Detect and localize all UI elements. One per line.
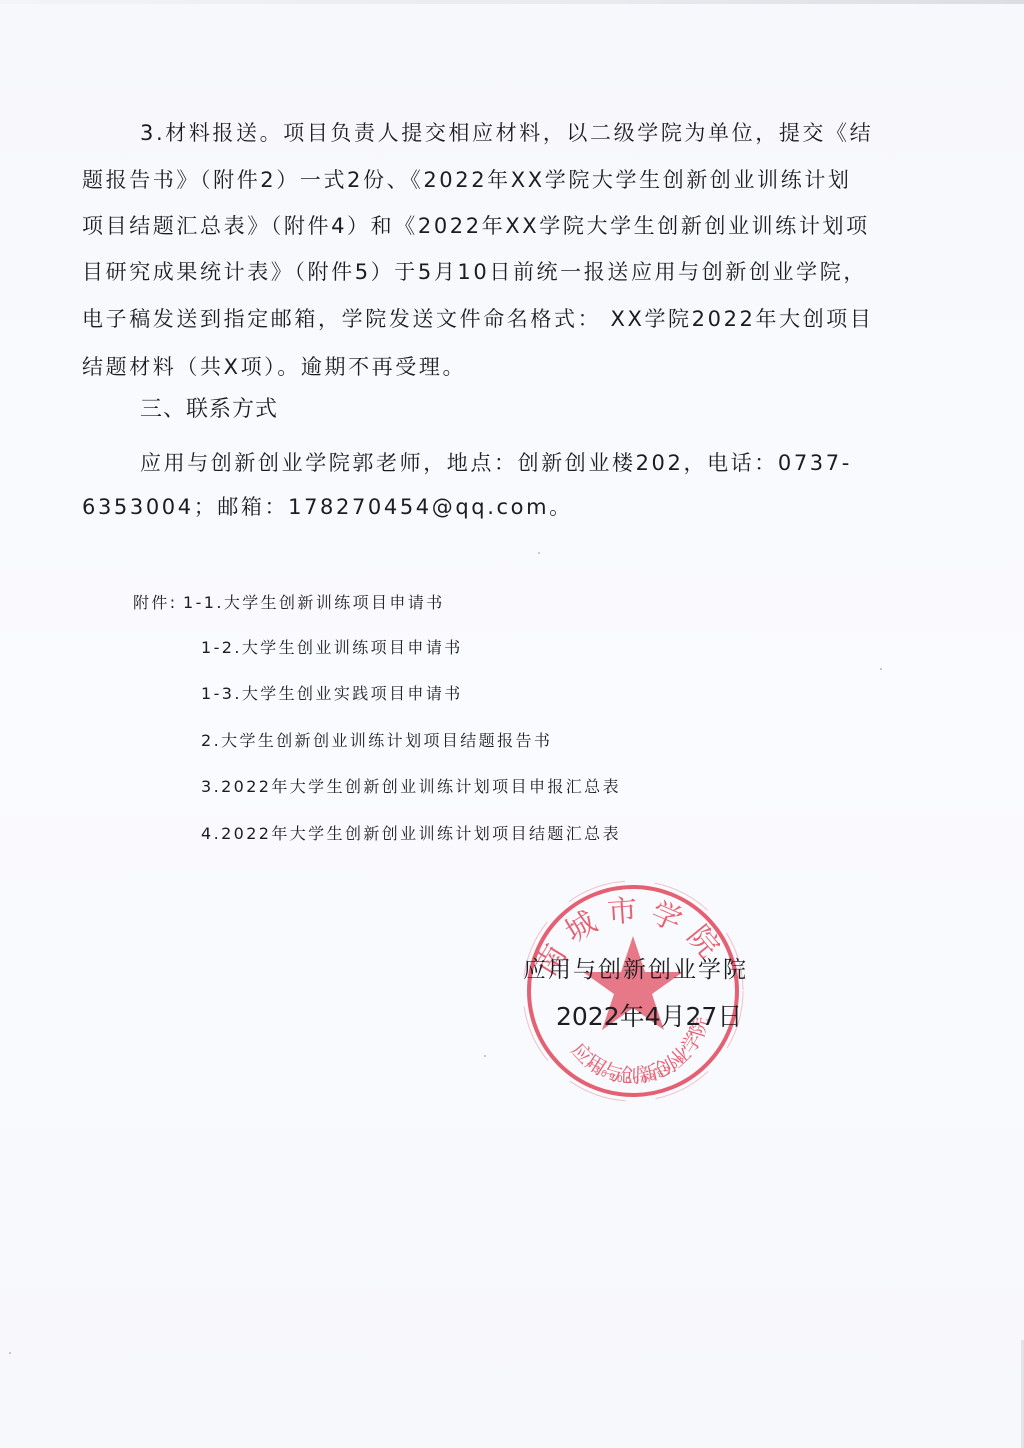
section-heading-contact: 三、联系方式 [140, 396, 278, 424]
attachments-label: 附件: [133, 592, 178, 614]
official-seal-stamp: 南城市学院 应用与创新创业学院 4309000088903 [520, 878, 746, 1104]
attachment-item-2: 2.大学生创新创业训练计划项目结题报告书 [201, 730, 552, 752]
paragraph-line-5: 电子稿发送到指定邮箱，学院发送文件命名格式： XX学院2022年大创项目 [82, 305, 874, 333]
contact-line-2: 6353004；邮箱：178270454@qq.com。 [82, 493, 573, 521]
scan-speck [484, 1055, 486, 1057]
document-page: 3.材料报送。项目负责人提交相应材料，以二级学院为单位，提交《结 题报告书》（附… [0, 0, 1024, 1448]
signature-organization: 应用与创新创业学院 [523, 955, 748, 985]
paragraph-line-2: 题报告书》（附件2）一式2份、《2022年XX学院大学生创新创业训练计划 [82, 166, 852, 194]
attachment-item-4: 4.2022年大学生创新创业训练计划项目结题汇总表 [201, 823, 621, 845]
scan-speck [880, 668, 882, 670]
paragraph-line-6: 结题材料（共X项）。逾期不再受理。 [82, 353, 466, 381]
contact-line-1: 应用与创新创业学院郭老师，地点：创新创业楼202，电话：0737- [140, 449, 852, 477]
paragraph-line-3: 项目结题汇总表》（附件4）和《2022年XX学院大学生创新创业训练计划项 [82, 212, 870, 240]
attachment-item-1-3: 1-3.大学生创业实践项目申请书 [201, 683, 463, 705]
scan-speck [9, 1352, 11, 1354]
scan-top-edge [0, 0, 1024, 4]
scan-speck [538, 552, 540, 554]
paragraph-line-1: 3.材料报送。项目负责人提交相应材料，以二级学院为单位，提交《结 [140, 119, 873, 147]
attachment-item-3: 3.2022年大学生创新创业训练计划项目申报汇总表 [201, 776, 621, 798]
signature-date: 2022年4月27日 [556, 1002, 742, 1032]
attachment-item-1-2: 1-2.大学生创业训练项目申请书 [201, 637, 463, 659]
attachment-item-1-1: 1-1.大学生创新训练项目申请书 [183, 592, 445, 614]
paragraph-line-4: 目研究成果统计表》（附件5）于5月10日前统一报送应用与创新创业学院， [82, 258, 867, 286]
